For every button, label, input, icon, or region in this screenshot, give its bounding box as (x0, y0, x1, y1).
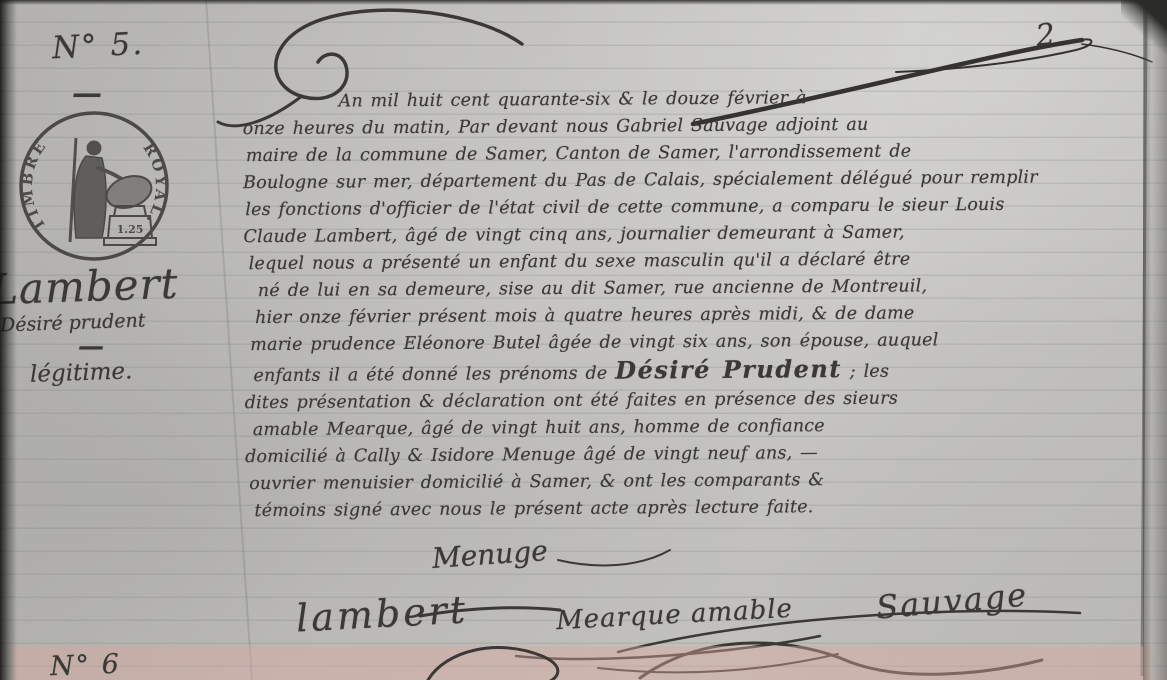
document-scan: 2 N° 5. — TIMBRE ROYAL. 1.25 Lambert Dés… (0, 0, 1167, 680)
scan-right-edge (1143, 0, 1167, 680)
margin-note-surname: Lambert (0, 259, 179, 315)
record-line: témoins signé avec nous le présent acte … (245, 492, 1153, 525)
child-name: Désiré Prudent (615, 354, 842, 385)
signature-menuge: Menuge (431, 534, 549, 575)
name-line-after: ; les (842, 362, 889, 382)
next-act-highlight-band (12, 646, 1153, 680)
next-act-number: N° 6 (49, 649, 121, 680)
margin-note-status: légitime. (30, 358, 133, 388)
scan-corner-shadow (1121, 0, 1167, 74)
margin-note-separator: — (78, 332, 104, 362)
margin-note-given-names: Désiré prudent (0, 309, 146, 336)
signature-sauvage: Sauvage (875, 575, 1030, 626)
birth-record-text: An mil huit cent quarante-six & le douze… (242, 83, 1153, 525)
stamp-denomination: 1.25 (117, 223, 144, 236)
scan-left-edge (0, 0, 17, 680)
signature-mearque: Mearque amable (555, 594, 793, 636)
page-number: 2 (1034, 17, 1057, 54)
act-number: N° 5. (51, 26, 145, 67)
timbre-royal-stamp: TIMBRE ROYAL. 1.25 (12, 104, 176, 268)
scan-top-edge (0, 0, 1167, 5)
signature-lambert: lambert (295, 588, 469, 641)
name-line-before: enfants il a été donné les prénoms de (253, 364, 615, 387)
